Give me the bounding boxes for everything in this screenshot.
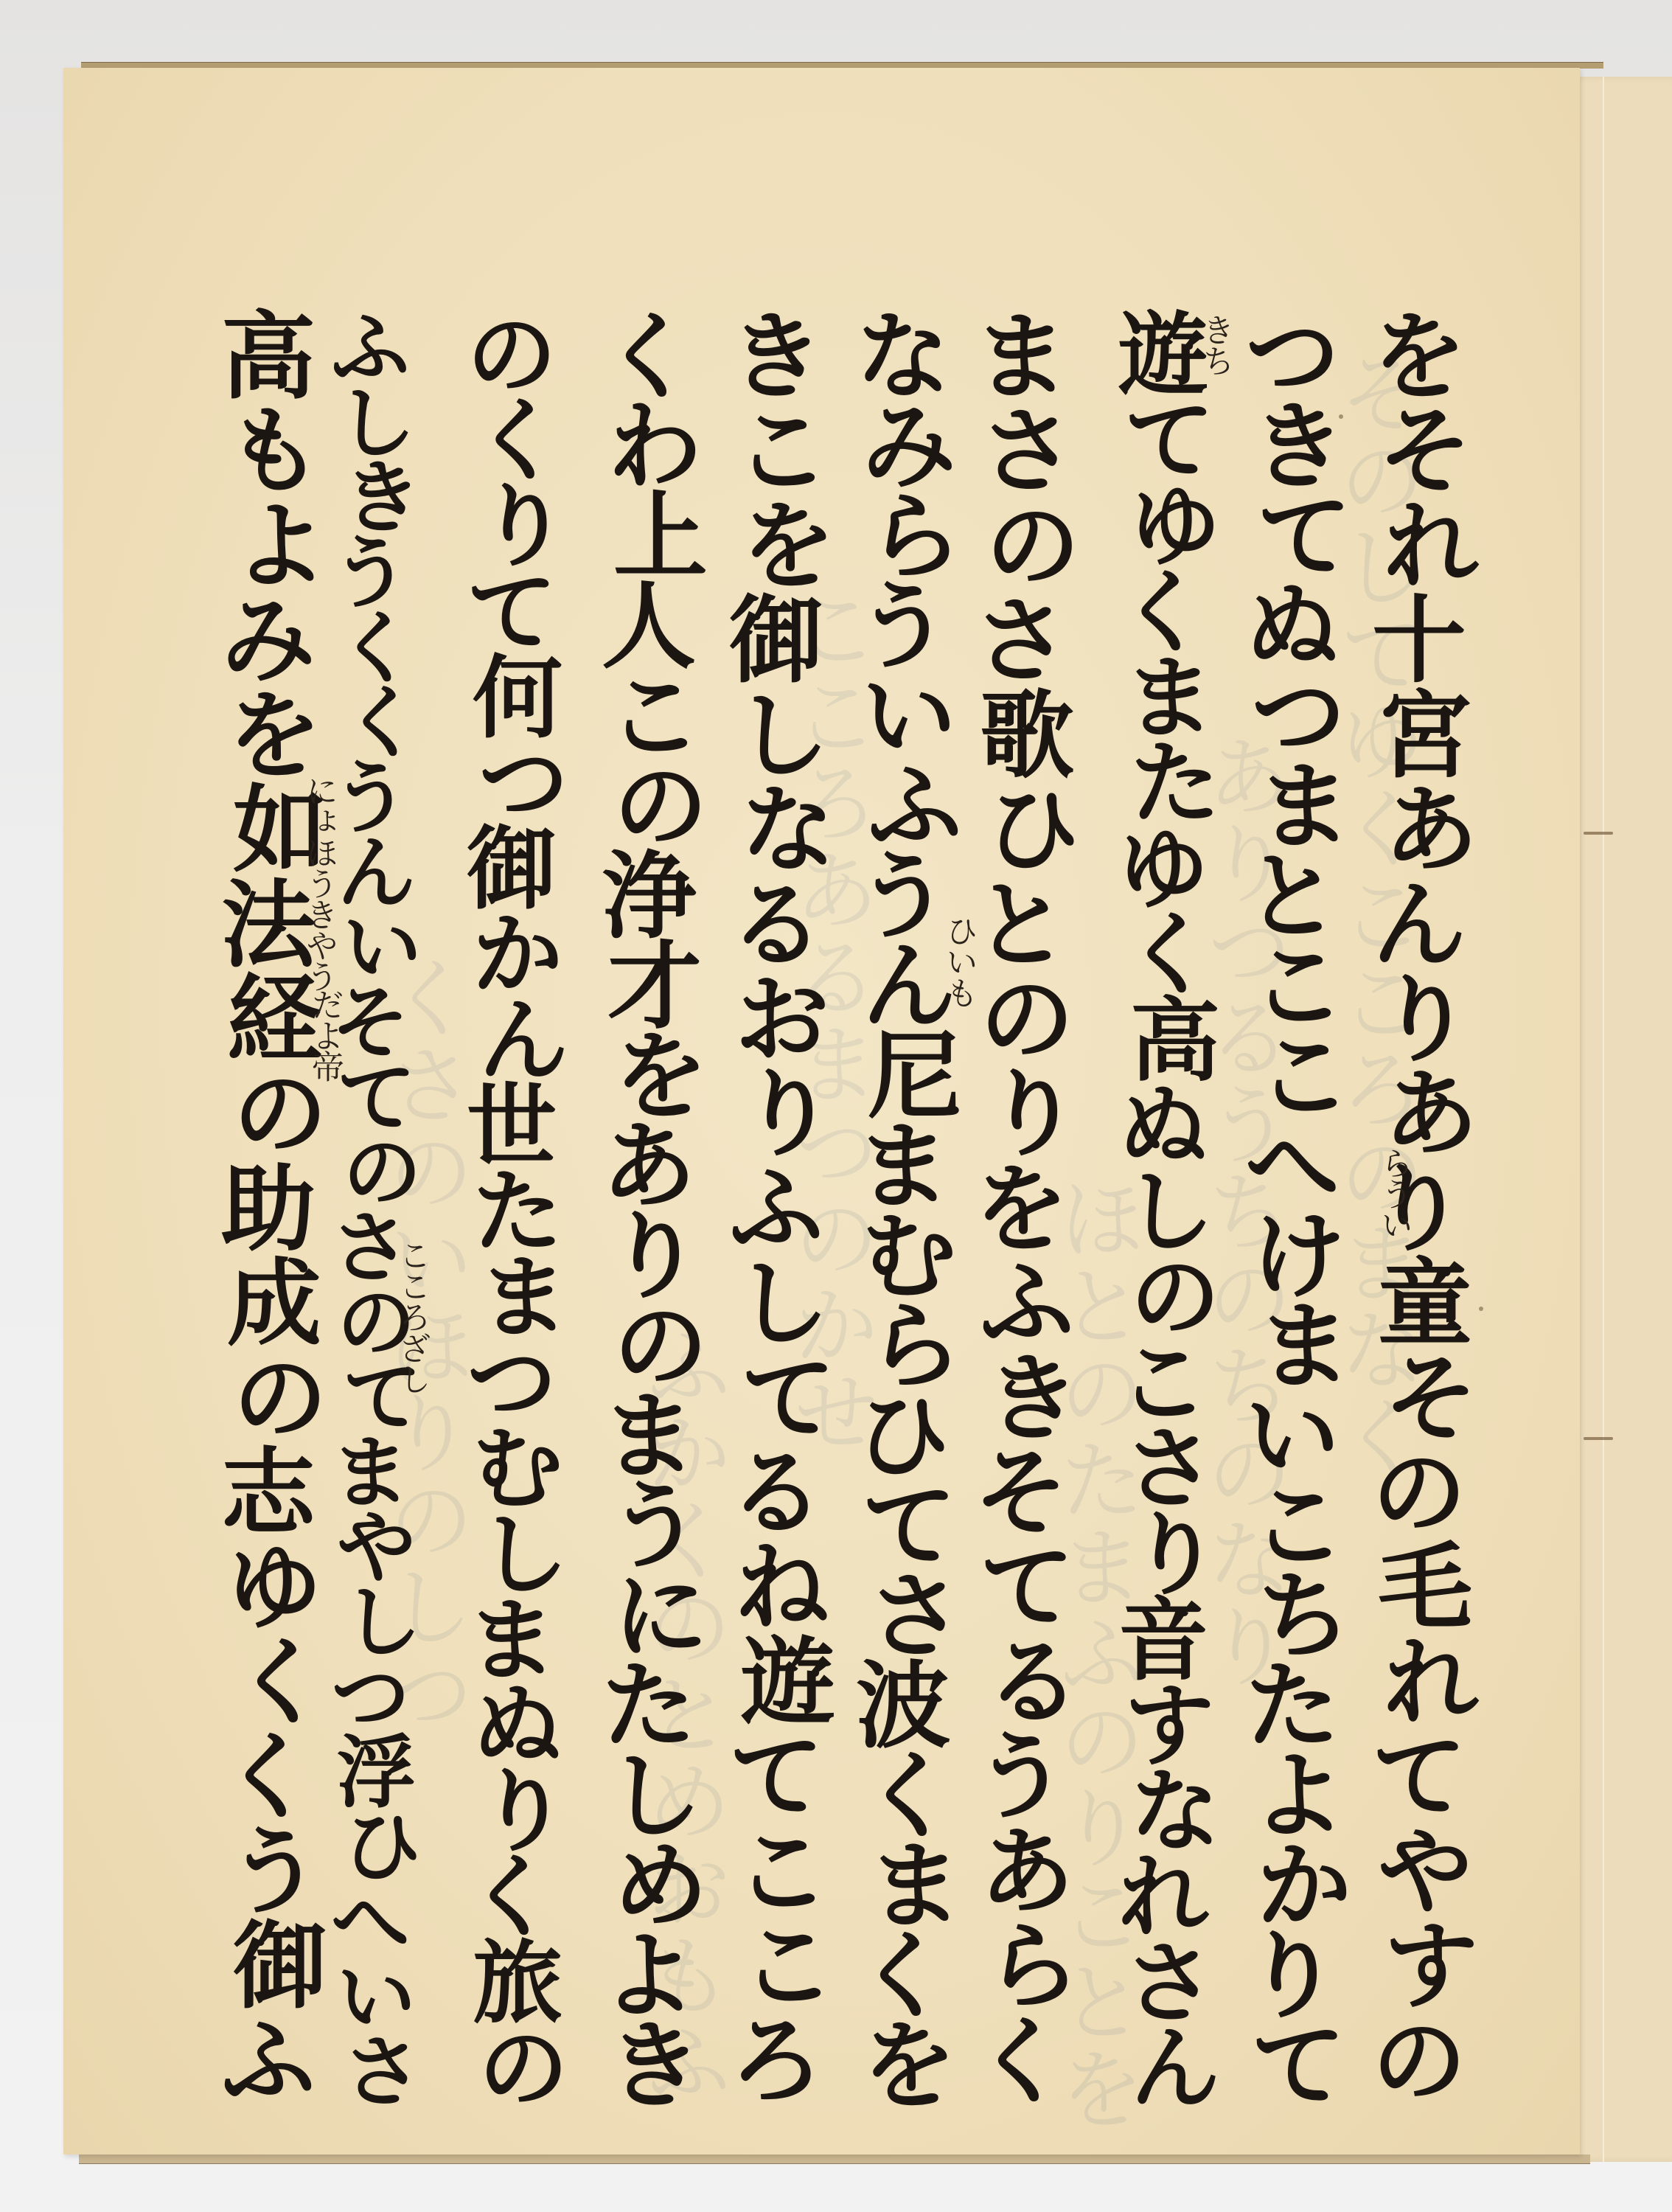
calligraphy-character: そ bbox=[974, 1446, 1064, 1540]
calligraphy-character: て bbox=[729, 1730, 819, 1824]
calligraphy-character: ぬ bbox=[473, 1680, 558, 1770]
calligraphy-character: 人 bbox=[602, 580, 692, 674]
calligraphy-character: た bbox=[1130, 738, 1216, 828]
text-column-2: つきてぬつまとここへけまいこちたよかりて bbox=[1251, 310, 1345, 2109]
calligraphy-character: し bbox=[478, 1509, 564, 1599]
calligraphy-character: む bbox=[862, 1209, 952, 1304]
text-column-9: ふしきうくくうんいそてのさのてまやしつ浮ひへいさ bbox=[337, 310, 431, 2109]
calligraphy-character: つ bbox=[1245, 310, 1335, 404]
calligraphy-character: お bbox=[735, 973, 825, 1067]
manuscript-page: そのしてゆくこころのまなく ありつるうちのちのなり ほとのたまふのりことを ここ… bbox=[63, 68, 1580, 2154]
calligraphy-character: の bbox=[613, 759, 703, 854]
furigana-annotation: ひいも bbox=[942, 914, 975, 1007]
calligraphy-character: ん bbox=[478, 995, 564, 1085]
calligraphy-character: ま bbox=[1124, 653, 1210, 742]
calligraphy-character: き bbox=[986, 1352, 1076, 1446]
calligraphy-character: こ bbox=[607, 669, 697, 764]
calligraphy-character: ま bbox=[467, 1595, 552, 1685]
facing-page-strip bbox=[1569, 77, 1672, 2162]
calligraphy-character: う bbox=[607, 1479, 697, 1573]
calligraphy-character: か bbox=[1257, 1839, 1347, 1933]
calligraphy-character: さ bbox=[1124, 1938, 1210, 2028]
calligraphy-character: さ bbox=[868, 1569, 958, 1663]
calligraphy-character: ぬ bbox=[1118, 1081, 1204, 1171]
calligraphy-character: ん bbox=[1130, 2023, 1216, 2113]
furigana-annotation: にょほうきやう bbox=[302, 774, 335, 991]
calligraphy-character: き bbox=[729, 310, 819, 404]
calligraphy-character: う bbox=[856, 849, 946, 944]
calligraphy-character: あ bbox=[1384, 783, 1474, 877]
calligraphy-character: あ bbox=[602, 1119, 692, 1214]
calligraphy-character: の bbox=[233, 1067, 323, 1161]
calligraphy-character: く bbox=[221, 1730, 311, 1824]
calligraphy-character: い bbox=[1245, 1389, 1335, 1484]
furigana-annotation: こころざし bbox=[395, 1239, 428, 1394]
calligraphy-character: い bbox=[862, 669, 952, 764]
calligraphy-character: さ bbox=[1124, 1423, 1210, 1513]
calligraphy-character: る bbox=[986, 1635, 1076, 1730]
calligraphy-character: つ bbox=[467, 1338, 552, 1427]
calligraphy-character: ゆ bbox=[1118, 824, 1204, 914]
calligraphy-character: ら bbox=[868, 1299, 958, 1394]
furigana-annotation: きち bbox=[1199, 313, 1231, 375]
calligraphy-character: 何 bbox=[473, 653, 558, 742]
calligraphy-character: さ bbox=[980, 404, 1070, 498]
calligraphy-character: へ bbox=[331, 1884, 405, 1963]
calligraphy-character: ら bbox=[868, 490, 958, 584]
calligraphy-character: ま bbox=[974, 310, 1064, 404]
calligraphy-character: ふ bbox=[729, 1162, 819, 1256]
calligraphy-character: り bbox=[1378, 973, 1468, 1067]
calligraphy-character: こ bbox=[735, 1825, 825, 1919]
calligraphy-character: く bbox=[602, 310, 692, 404]
calligraphy-character: く bbox=[1124, 909, 1210, 999]
calligraphy-character: 成 bbox=[227, 1256, 317, 1351]
calligraphy-character: て bbox=[1372, 1730, 1462, 1824]
calligraphy-character: て bbox=[1124, 395, 1210, 485]
calligraphy-character: し bbox=[735, 689, 825, 783]
calligraphy-character: き bbox=[1251, 400, 1341, 494]
calligraphy-character: ん bbox=[862, 939, 952, 1034]
calligraphy-character: の bbox=[233, 1352, 323, 1446]
text-column-10: 高もよみを如法経の助成の志ゆくくう御ふ bbox=[227, 310, 321, 2109]
calligraphy-character: ま bbox=[868, 1839, 958, 1933]
calligraphy-character: く bbox=[233, 1635, 323, 1730]
text-column-7: くわ上人この浄才をありのまうにたしめよき bbox=[607, 310, 702, 2109]
calligraphy-character: ら bbox=[986, 1919, 1076, 2014]
calligraphy-character: て bbox=[467, 567, 552, 657]
calligraphy-character: あ bbox=[980, 1825, 1070, 1919]
calligraphy-character: て bbox=[980, 1540, 1070, 1635]
furigana-annotation: らうい bbox=[1377, 1147, 1410, 1239]
calligraphy-character: の bbox=[613, 1299, 703, 1394]
calligraphy-character: な bbox=[741, 783, 831, 877]
calligraphy-character: て bbox=[862, 1479, 952, 1573]
calligraphy-character: る bbox=[729, 1446, 819, 1540]
calligraphy-character: の bbox=[1372, 2014, 1462, 2109]
calligraphy-character: を bbox=[862, 2019, 952, 2113]
calligraphy-character: わ bbox=[607, 400, 697, 494]
calligraphy-character: 十 bbox=[1372, 594, 1462, 688]
calligraphy-character: ま bbox=[331, 1434, 405, 1513]
calligraphy-character: 宮 bbox=[1378, 689, 1468, 783]
calligraphy-character: し bbox=[607, 1749, 697, 1843]
calligraphy-character: り bbox=[607, 1209, 697, 1304]
calligraphy-character: を bbox=[227, 689, 317, 783]
calligraphy-character: こ bbox=[1257, 1029, 1347, 1124]
calligraphy-character: ん bbox=[1372, 878, 1462, 973]
calligraphy-character: 御 bbox=[467, 824, 552, 914]
calligraphy-character: に bbox=[613, 1569, 703, 1663]
book-bottom-edge bbox=[79, 2154, 1590, 2164]
calligraphy-character: め bbox=[613, 1839, 703, 1933]
calligraphy-character: の bbox=[980, 973, 1070, 1067]
calligraphy-character: さ bbox=[343, 2034, 417, 2112]
binding-hole-mark bbox=[1584, 832, 1613, 835]
calligraphy-character: よ bbox=[233, 499, 323, 594]
calligraphy-character: た bbox=[473, 1166, 558, 1256]
calligraphy-character: 音 bbox=[1118, 1595, 1204, 1685]
calligraphy-character: く bbox=[856, 1929, 946, 2023]
calligraphy-character: こ bbox=[741, 1919, 831, 2014]
calligraphy-character: す bbox=[1124, 1680, 1210, 1770]
calligraphy-character: る bbox=[729, 878, 819, 973]
paper-spot bbox=[1479, 1307, 1483, 1311]
calligraphy-character: 浄 bbox=[602, 849, 692, 944]
calligraphy-character: 御 bbox=[233, 1919, 323, 2014]
calligraphy-character: と bbox=[1245, 849, 1335, 944]
calligraphy-character: り bbox=[1130, 1509, 1216, 1599]
calligraphy-character: ま bbox=[1257, 759, 1347, 854]
calligraphy-character: つ bbox=[478, 738, 564, 828]
calligraphy-character: こ bbox=[1118, 1338, 1204, 1427]
text-column-6: きこを御しなるおりふしてるね遊てこころ bbox=[735, 310, 829, 2109]
calligraphy-character: ふ bbox=[980, 1256, 1070, 1351]
calligraphy-character: し bbox=[735, 1256, 825, 1351]
calligraphy-character: も bbox=[227, 404, 317, 498]
binding-hole-mark bbox=[1584, 1437, 1613, 1440]
calligraphy-character: よ bbox=[1251, 1749, 1341, 1843]
calligraphy-character: 波 bbox=[856, 1659, 946, 1753]
calligraphy-character: を bbox=[1372, 310, 1462, 404]
calligraphy-character: く bbox=[467, 1851, 552, 1941]
calligraphy-character: む bbox=[473, 1423, 558, 1513]
calligraphy-character: 助 bbox=[221, 1162, 311, 1256]
calligraphy-character: 御 bbox=[729, 594, 819, 688]
calligraphy-character: 毛 bbox=[1378, 1540, 1468, 1635]
calligraphy-character: ゆ bbox=[1130, 481, 1216, 571]
calligraphy-character: う bbox=[974, 1730, 1064, 1824]
calligraphy-character: 旅 bbox=[473, 1938, 558, 2028]
calligraphy-character: れ bbox=[1384, 499, 1474, 594]
calligraphy-character: こ bbox=[735, 404, 825, 498]
calligraphy-character: 高 bbox=[1130, 995, 1216, 1085]
calligraphy-character: り bbox=[986, 1067, 1076, 1161]
calligraphy-character: こ bbox=[1251, 939, 1341, 1034]
calligraphy-character: ち bbox=[1257, 1569, 1347, 1663]
calligraphy-character: を bbox=[613, 1029, 703, 1124]
calligraphy-character: つ bbox=[331, 1659, 405, 1738]
calligraphy-character: て bbox=[1251, 2019, 1341, 2113]
calligraphy-character: の bbox=[1130, 1252, 1216, 1342]
calligraphy-character: ひ bbox=[986, 783, 1076, 877]
calligraphy-character: う bbox=[856, 580, 946, 674]
text-column-3: 遊てゆくまたゆく高ぬしのこさり音すなれさん bbox=[1124, 310, 1219, 2109]
calligraphy-character: の bbox=[478, 2023, 564, 2113]
calligraphy-character: そ bbox=[1384, 1352, 1474, 1446]
calligraphy-character: つ bbox=[1251, 669, 1341, 764]
fold-highlight bbox=[1603, 77, 1604, 2162]
calligraphy-character: れ bbox=[1384, 1635, 1474, 1730]
calligraphy-character: 上 bbox=[613, 490, 703, 584]
calligraphy-character: ま bbox=[602, 1389, 692, 1484]
calligraphy-character: く bbox=[862, 1749, 952, 1843]
calligraphy-character: ひ bbox=[856, 1389, 946, 1484]
calligraphy-character: な bbox=[1130, 1766, 1216, 1856]
calligraphy-character: 童 bbox=[1378, 1256, 1468, 1351]
calligraphy-character: へ bbox=[1245, 1119, 1335, 1214]
calligraphy-character: こ bbox=[1251, 1479, 1341, 1573]
calligraphy-character: ゆ bbox=[227, 1540, 317, 1635]
calligraphy-character: ふ bbox=[221, 2014, 311, 2109]
calligraphy-character: ま bbox=[478, 1252, 564, 1342]
calligraphy-character: く bbox=[1118, 567, 1204, 657]
text-column-4: まさのさ歌ひとのりをふきそてるうあらく bbox=[980, 310, 1074, 2109]
calligraphy-character: ふ bbox=[331, 310, 405, 389]
calligraphy-character: け bbox=[1251, 1209, 1341, 1304]
calligraphy-character: よ bbox=[602, 1929, 692, 2023]
calligraphy-character: た bbox=[602, 1659, 692, 1753]
calligraphy-character: く bbox=[974, 2014, 1064, 2109]
calligraphy-character: き bbox=[607, 2019, 697, 2113]
calligraphy-character: り bbox=[741, 1067, 831, 1161]
calligraphy-character: 高 bbox=[221, 310, 311, 404]
calligraphy-character: な bbox=[856, 310, 946, 404]
calligraphy-character: ろ bbox=[729, 2014, 819, 2109]
calligraphy-character: 尼 bbox=[868, 1029, 958, 1124]
calligraphy-character: 世 bbox=[467, 1081, 552, 1171]
calligraphy-character: う bbox=[331, 535, 405, 613]
calligraphy-character: み bbox=[221, 594, 311, 688]
calligraphy-character: の bbox=[1372, 1446, 1462, 1540]
calligraphy-character: や bbox=[1378, 1825, 1468, 1919]
calligraphy-character: ま bbox=[856, 1119, 946, 1214]
calligraphy-character: り bbox=[478, 1766, 564, 1856]
calligraphy-character: の bbox=[986, 499, 1076, 594]
calligraphy-character: そ bbox=[1378, 404, 1468, 498]
text-column-8: のくりて何つ御かん世たまつむしまぬりく旅の bbox=[473, 310, 567, 2109]
calligraphy-character: み bbox=[862, 400, 952, 494]
calligraphy-character: ぬ bbox=[1245, 580, 1335, 674]
calligraphy-character: て bbox=[741, 1352, 831, 1446]
calligraphy-character: す bbox=[1384, 1919, 1474, 2014]
calligraphy-character: ふ bbox=[868, 759, 958, 854]
calligraphy-character: を bbox=[974, 1162, 1064, 1256]
calligraphy-character: た bbox=[1245, 1659, 1335, 1753]
calligraphy-character: う bbox=[331, 759, 405, 838]
calligraphy-character: 才 bbox=[607, 939, 697, 1034]
calligraphy-character: と bbox=[974, 878, 1064, 973]
calligraphy-character: し bbox=[1124, 1166, 1210, 1256]
calligraphy-character: て bbox=[1257, 490, 1347, 584]
furigana-annotation: だよ帝 bbox=[308, 988, 341, 1081]
calligraphy-character: 志 bbox=[221, 1446, 311, 1540]
calligraphy-character: 遊 bbox=[741, 1635, 831, 1730]
calligraphy-character: 法 bbox=[221, 878, 311, 973]
calligraphy-character: う bbox=[227, 1825, 317, 1919]
calligraphy-character: れ bbox=[1118, 1851, 1204, 1941]
calligraphy-character: 歌 bbox=[980, 689, 1070, 783]
calligraphy-character: の bbox=[467, 310, 552, 400]
calligraphy-character: ま bbox=[1257, 1299, 1347, 1394]
calligraphy-character: か bbox=[473, 909, 558, 999]
calligraphy-character: さ bbox=[974, 594, 1064, 688]
calligraphy-character: を bbox=[741, 499, 831, 594]
calligraphy-character: く bbox=[473, 395, 558, 485]
calligraphy-character: ね bbox=[735, 1540, 825, 1635]
calligraphy-character: 遊 bbox=[1118, 310, 1204, 400]
calligraphy-character: り bbox=[478, 481, 564, 571]
text-column-5: なみらういふうん尼まむらひてさ波くまくを bbox=[862, 310, 956, 2109]
calligraphy-character: り bbox=[1245, 1929, 1335, 2023]
